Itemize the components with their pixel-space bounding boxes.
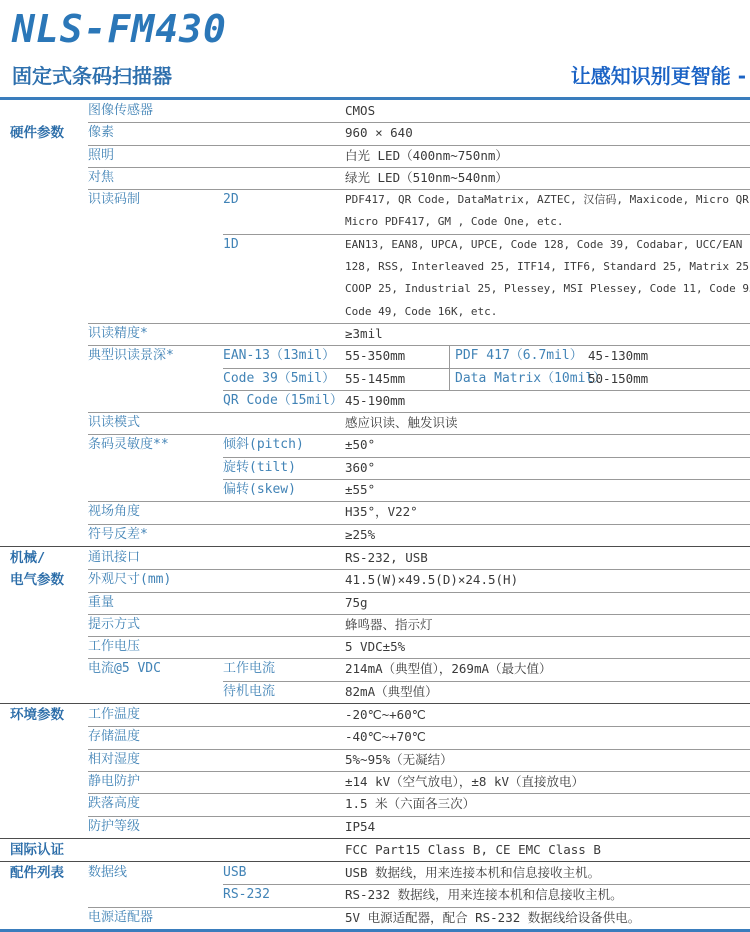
row-label: 工作温度 [88, 704, 140, 726]
row-value: 214mA（典型值），269mA（最大值） [345, 658, 750, 680]
row-sublabel: 倾斜(pitch) [223, 434, 304, 456]
header: NLS-FM430 固定式条码扫描器 让感知识别更智能 - [0, 0, 750, 100]
spec-row: 对焦绿光 LED（510nm~540nm） [0, 167, 750, 189]
row-value: ≥3mil [345, 323, 750, 345]
row-label: 重量 [88, 592, 114, 614]
spec-row: 跌落高度1.5 米（六面各三次） [0, 793, 750, 815]
row-label: 像素 [88, 122, 114, 144]
spec-row: 存储温度-40℃~+70℃ [0, 726, 750, 748]
spec-row: QR Code（15mil）45-190mm [0, 390, 750, 412]
row-value: H35°，V22° [345, 501, 750, 523]
row-label: 电源适配器 [88, 907, 153, 929]
row-label: 数据线 [88, 862, 127, 884]
row-value: CMOS [345, 100, 750, 122]
row-label: 通讯接口 [88, 547, 140, 569]
row-value-right: 45-130mm [588, 345, 648, 367]
row-value: USB 数据线，用来连接本机和信息接收主机。 [345, 862, 750, 884]
spec-row: Code 39（5mil）55-145mmData Matrix（10mil）5… [0, 368, 750, 390]
row-value: 5%~95%（无凝结） [345, 749, 750, 771]
row-sublabel: USB [223, 862, 246, 884]
row-sublabel: 2D [223, 189, 239, 211]
row-value: FCC Part15 Class B, CE EMC Class B [345, 839, 750, 861]
row-sublabel-right: PDF 417（6.7mil） [455, 345, 583, 367]
row-value: 5V 电源适配器，配合 RS-232 数据线给设备供电。 [345, 907, 750, 929]
spec-table: 硬件参数图像传感器CMOS像素960 × 640照明白光 LED（400nm~7… [0, 100, 750, 932]
row-value: 360° [345, 457, 750, 479]
row-value: 绿光 LED（510nm~540nm） [345, 167, 750, 189]
row-label: 电流@5 VDC [88, 658, 161, 680]
row-label: 防护等级 [88, 816, 140, 838]
row-label: 对焦 [88, 167, 114, 189]
row-label: 条码灵敏度** [88, 434, 169, 456]
spec-row: 照明白光 LED（400nm~750nm） [0, 145, 750, 167]
row-label: 工作电压 [88, 636, 140, 658]
row-label: 识读模式 [88, 412, 140, 434]
row-label: 符号反差* [88, 524, 148, 546]
row-value: 75g [345, 592, 750, 614]
product-type-label: 固定式条码扫描器 [12, 60, 172, 89]
row-value: 41.5(W)×49.5(D)×24.5(H) [345, 569, 750, 591]
section-environmental: 环境参数工作温度-20℃~+60℃存储温度-40℃~+70℃相对湿度5%~95%… [0, 703, 750, 838]
row-value: ±55° [345, 479, 750, 501]
spec-row: 待机电流82mA（典型值） [0, 681, 750, 703]
spec-row: 符号反差*≥25% [0, 524, 750, 546]
row-value: RS-232, USB [345, 547, 750, 569]
row-sublabel: 偏转(skew) [223, 479, 296, 501]
spec-row: 防护等级IP54 [0, 816, 750, 838]
row-value: 1.5 米（六面各三次） [345, 793, 750, 815]
spec-row: 识读模式感应识读、触发识读 [0, 412, 750, 434]
row-sublabel: 待机电流 [223, 681, 275, 703]
row-value-line: Micro PDF417, GM , Code One, etc. [345, 211, 750, 233]
spec-row: 识读码制2DPDF417, QR Code, DataMatrix, AZTEC… [0, 189, 750, 234]
spec-row: 电流@5 VDC工作电流214mA（典型值），269mA（最大值） [0, 658, 750, 680]
row-value: ±50° [345, 434, 750, 456]
row-label: 视场角度 [88, 501, 140, 523]
spec-row: FCC Part15 Class B, CE EMC Class B [0, 839, 750, 861]
row-value: ±14 kV（空气放电），±8 kV（直接放电） [345, 771, 750, 793]
row-label: 照明 [88, 145, 114, 167]
row-label: 识读精度* [88, 323, 148, 345]
spec-row: 通讯接口RS-232, USB [0, 547, 750, 569]
row-label: 典型识读景深* [88, 345, 174, 367]
row-value: RS-232 数据线，用来连接本机和信息接收主机。 [345, 884, 750, 906]
datasheet-page: NLS-FM430 固定式条码扫描器 让感知识别更智能 - 硬件参数图像传感器C… [0, 0, 750, 932]
row-value: 82mA（典型值） [345, 681, 750, 703]
row-sublabel: RS-232 [223, 884, 270, 906]
row-value: 55-350mm [345, 345, 450, 367]
spec-row: 1DEAN13, EAN8, UPCA, UPCE, Code 128, Cod… [0, 234, 750, 323]
row-label: 跌落高度 [88, 793, 140, 815]
row-value-line: EAN13, EAN8, UPCA, UPCE, Code 128, Code … [345, 234, 750, 256]
subtitle-row: 固定式条码扫描器 让感知识别更智能 - [12, 60, 738, 89]
row-value-line: 128, RSS, Interleaved 25, ITF14, ITF6, S… [345, 256, 750, 278]
spec-row: 条码灵敏度**倾斜(pitch)±50° [0, 434, 750, 456]
spec-row: 电源适配器5V 电源适配器，配合 RS-232 数据线给设备供电。 [0, 907, 750, 929]
spec-row: 识读精度*≥3mil [0, 323, 750, 345]
spec-row: 偏转(skew)±55° [0, 479, 750, 501]
row-sublabel: EAN-13（13mil） [223, 345, 335, 367]
row-sublabel: QR Code（15mil） [223, 390, 343, 412]
row-sublabel: Code 39（5mil） [223, 368, 335, 390]
section-accessories: 配件列表数据线USBUSB 数据线，用来连接本机和信息接收主机。RS-232RS… [0, 861, 750, 929]
spec-row: 典型识读景深*EAN-13（13mil）55-350mmPDF 417（6.7m… [0, 345, 750, 367]
row-value: 5 VDC±5% [345, 636, 750, 658]
spec-row: 图像传感器CMOS [0, 100, 750, 122]
row-value: -40℃~+70℃ [345, 726, 750, 748]
row-sublabel: 旋转(tilt) [223, 457, 296, 479]
brand-slogan: 让感知识别更智能 - [571, 60, 746, 89]
spec-row: 重量75g [0, 592, 750, 614]
spec-row: 像素960 × 640 [0, 122, 750, 144]
row-value: -20℃~+60℃ [345, 704, 750, 726]
spec-row: 工作温度-20℃~+60℃ [0, 704, 750, 726]
row-value-right: 50-150mm [588, 368, 648, 390]
spec-row: 视场角度H35°，V22° [0, 501, 750, 523]
row-value: 960 × 640 [345, 122, 750, 144]
spec-row: 外观尺寸(mm)41.5(W)×49.5(D)×24.5(H) [0, 569, 750, 591]
row-value: IP54 [345, 816, 750, 838]
row-label: 相对湿度 [88, 749, 140, 771]
row-value: 白光 LED（400nm~750nm） [345, 145, 750, 167]
section-mechanical-electrical: 机械/电气参数通讯接口RS-232, USB外观尺寸(mm)41.5(W)×49… [0, 546, 750, 703]
spec-row: 相对湿度5%~95%（无凝结） [0, 749, 750, 771]
section-certification: 国际认证FCC Part15 Class B, CE EMC Class B [0, 838, 750, 861]
section-hardware: 硬件参数图像传感器CMOS像素960 × 640照明白光 LED（400nm~7… [0, 100, 750, 546]
model-title: NLS-FM430 [12, 6, 738, 52]
row-label: 识读码制 [88, 189, 140, 211]
spec-row: 静电防护±14 kV（空气放电），±8 kV（直接放电） [0, 771, 750, 793]
row-value: 45-190mm [345, 390, 750, 412]
spec-row: 提示方式蜂鸣器、指示灯 [0, 614, 750, 636]
row-label: 提示方式 [88, 614, 140, 636]
row-value: 感应识读、触发识读 [345, 412, 750, 434]
row-sublabel: 工作电流 [223, 658, 275, 680]
spec-row: 工作电压5 VDC±5% [0, 636, 750, 658]
row-value: ≥25% [345, 524, 750, 546]
row-value: 55-145mm [345, 368, 450, 390]
row-value-line: COOP 25, Industrial 25, Plessey, MSI Ple… [345, 278, 750, 300]
row-label: 外观尺寸(mm) [88, 569, 171, 591]
row-value: 蜂鸣器、指示灯 [345, 614, 750, 636]
row-value-line: Code 49, Code 16K, etc. [345, 301, 750, 323]
row-sublabel: 1D [223, 234, 239, 256]
row-sublabel-right: Data Matrix（10mil） [455, 368, 606, 390]
row-label: 图像传感器 [88, 100, 153, 122]
row-label: 静电防护 [88, 771, 140, 793]
spec-row: RS-232RS-232 数据线，用来连接本机和信息接收主机。 [0, 884, 750, 906]
spec-row: 旋转(tilt)360° [0, 457, 750, 479]
row-label: 存储温度 [88, 726, 140, 748]
spec-row: 数据线USBUSB 数据线，用来连接本机和信息接收主机。 [0, 862, 750, 884]
row-value-line: PDF417, QR Code, DataMatrix, AZTEC, 汉信码,… [345, 189, 750, 211]
